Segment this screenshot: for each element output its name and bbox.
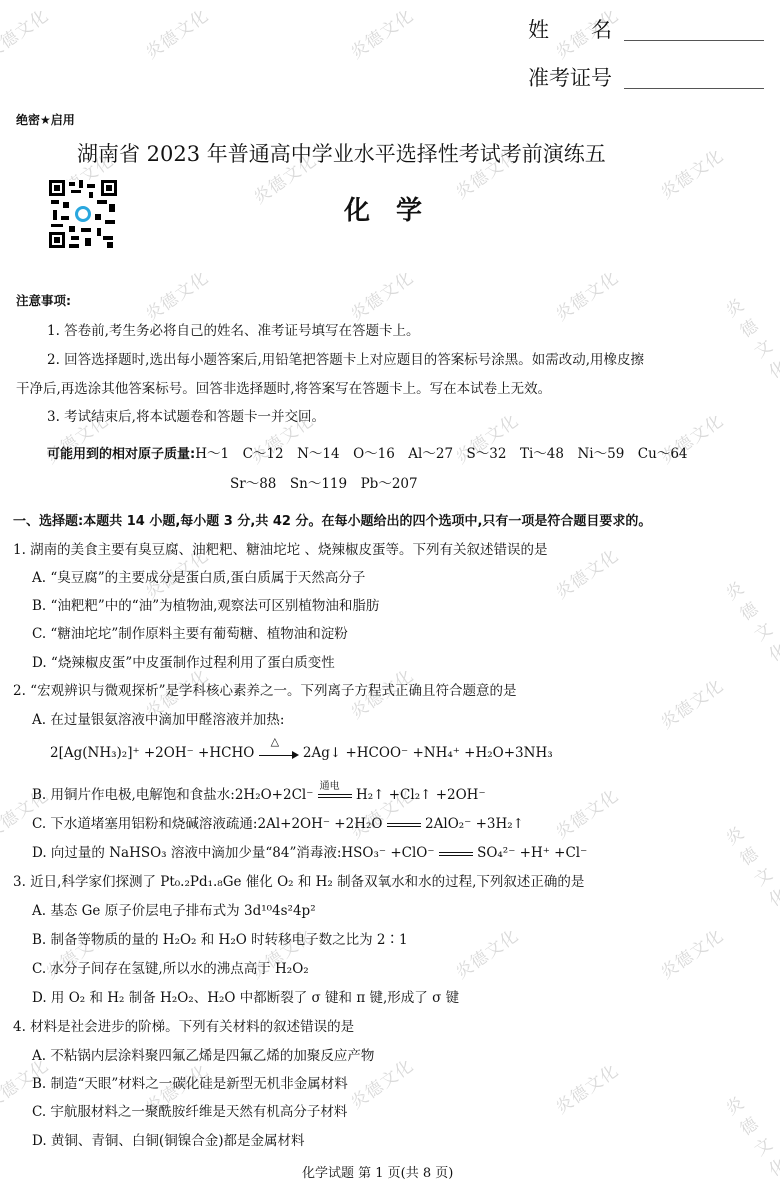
watermark: 炎德文化 [344, 2, 417, 64]
equals-icon [387, 818, 421, 832]
heat-arrow-icon: △ [259, 747, 299, 761]
notice-item-2: 2. 回答选择题时,选出每小题答案后,用铅笔把答题卡上对应题目的答案标号涂黑。如… [47, 348, 644, 368]
watermark: 炎德文化 [654, 922, 727, 984]
watermark: 炎德文化 [449, 922, 522, 984]
secret-mark: 绝密★启用 [16, 111, 75, 128]
option-d: D. 黄铜、青铜、白铜(铜镍合金)都是金属材料 [32, 1129, 304, 1149]
option-d: D. 向过量的 NaHSO₃ 溶液中滴加少量“84”消毒液:HSO₃⁻ +ClO… [32, 841, 587, 861]
equation-left: 2[Ag(NH₃)₂]⁺ +2OH⁻ +HCHO [50, 745, 254, 761]
option-a-label: A. 在过量银氨溶液中滴加甲醛溶液并加热: [32, 708, 284, 728]
question-stem: 3. 近日,科学家们探测了 Pt₀.₂Pd₁.₈Ge 催化 O₂ 和 H₂ 制备… [13, 870, 584, 890]
watermark: 炎德文化 [719, 564, 780, 666]
option-b: B. 制备等物质的量的 H₂O₂ 和 H₂O 时转移电子数之比为 2∶1 [32, 928, 408, 948]
watermark: 炎德文化 [549, 1057, 622, 1119]
watermark: 炎德文化 [549, 542, 622, 604]
section-heading: 一、选择题:本题共 14 小题,每小题 3 分,共 42 分。在每小题给出的四个… [13, 510, 651, 529]
option-c: C. “糖油坨坨”制作原料主要有葡萄糖、植物油和淀粉 [32, 622, 348, 642]
subject-title: 化学 [344, 190, 448, 227]
watermark: 炎德文化 [719, 809, 780, 911]
notice-heading: 注意事项: [16, 291, 71, 309]
equals-icon [439, 847, 473, 861]
watermark: 炎德文化 [719, 1079, 780, 1181]
question-stem: 1. 湖南的美食主要有臭豆腐、油粑粑、糖油坨坨 、烧辣椒皮蛋等。下列有关叙述错误… [13, 538, 547, 558]
option-c: C. 宇航服材料之一聚酰胺纤维是天然有机高分子材料 [32, 1100, 347, 1120]
watermark: 炎德文化 [549, 782, 622, 844]
equation-right: 2Ag↓ +HCOO⁻ +NH₄⁺ +H₂O+3NH₃ [303, 745, 553, 761]
option-b: B. 制造“天眼”材料之一碳化硅是新型无机非金属材料 [32, 1072, 348, 1092]
notice-item-2-cont: 干净后,再选涂其他答案标号。回答非选择题时,将答案写在答题卡上。写在本试卷上无效… [16, 377, 551, 397]
option-d: D. 用 O₂ 和 H₂ 制备 H₂O₂、H₂O 中都断裂了 σ 键和 π 键,… [32, 986, 459, 1006]
option-b: B. “油粑粑”中的“油”为植物油,观察法可区别植物油和脂肪 [32, 594, 379, 614]
watermark: 炎德文化 [139, 264, 212, 326]
qr-code [49, 180, 117, 248]
atomic-mass-label: 可能用到的相对原子质量: [47, 447, 195, 462]
question-stem: 4. 材料是社会进步的阶梯。下列有关材料的叙述错误的是 [13, 1015, 354, 1035]
exam-id-label: 准考证号 [528, 62, 612, 92]
watermark: 炎德文化 [654, 672, 727, 734]
watermark: 炎德文化 [344, 264, 417, 326]
question-stem: 2. “宏观辨识与微观探析”是学科核心素养之一。下列离子方程式正确且符合题意的是 [13, 679, 516, 699]
watermark: 炎德文化 [549, 264, 622, 326]
option-a: A. 基态 Ge 原子价层电子排布式为 3d¹⁰4s²4p² [32, 899, 316, 919]
option-b: B. 用铜片作电极,电解饱和食盐水:2H₂O+2Cl⁻ 通电 H₂↑ +Cl₂↑… [32, 783, 486, 803]
option-a-equation: 2[Ag(NH₃)₂]⁺ +2OH⁻ +HCHO △ 2Ag↓ +HCOO⁻ +… [50, 745, 553, 761]
watermark: 炎德文化 [139, 2, 212, 64]
option-c: C. 下水道堵塞用铝粉和烧碱溶液疏通:2Al+2OH⁻ +2H₂O 2AlO₂⁻… [32, 812, 524, 832]
watermark: 炎德文化 [719, 281, 780, 383]
notice-item-3: 3. 考试结束后,将本试题卷和答题卡一并交回。 [47, 405, 325, 425]
option-c: C. 水分子间存在氢键,所以水的沸点高于 H₂O₂ [32, 957, 309, 977]
atomic-mass-values-1: H～1 C～12 N～14 O～16 Al～27 S～32 Ti～48 Ni～5… [195, 446, 687, 462]
atomic-mass-values-2: Sr～88 Sn～119 Pb～207 [230, 472, 418, 492]
option-a: A. 不粘锅内层涂料聚四氟乙烯是四氟乙烯的加聚反应产物 [32, 1044, 374, 1064]
page-footer: 化学试题 第 1 页(共 8 页) [302, 1162, 453, 1181]
name-label: 姓 名 [528, 14, 612, 44]
watermark: 炎德文化 [0, 2, 53, 64]
notice-item-1: 1. 答卷前,考生务必将自己的姓名、准考证号填写在答题卡上。 [47, 319, 419, 339]
watermark: 炎德文化 [654, 142, 727, 204]
option-d: D. “烧辣椒皮蛋”中皮蛋制作过程利用了蛋白质变性 [32, 651, 335, 671]
electrolysis-equals-icon: 通电 [318, 789, 352, 803]
atomic-mass-row: 可能用到的相对原子质量:H～1 C～12 N～14 O～16 Al～27 S～3… [47, 442, 688, 462]
name-blank[interactable] [624, 40, 764, 41]
option-a: A. “臭豆腐”的主要成分是蛋白质,蛋白质属于天然高分子 [32, 566, 365, 586]
qr-logo-icon [75, 206, 91, 222]
exam-id-blank[interactable] [624, 88, 764, 89]
exam-title: 湖南省 2023 年普通高中学业水平选择性考试考前演练五 [77, 138, 606, 168]
